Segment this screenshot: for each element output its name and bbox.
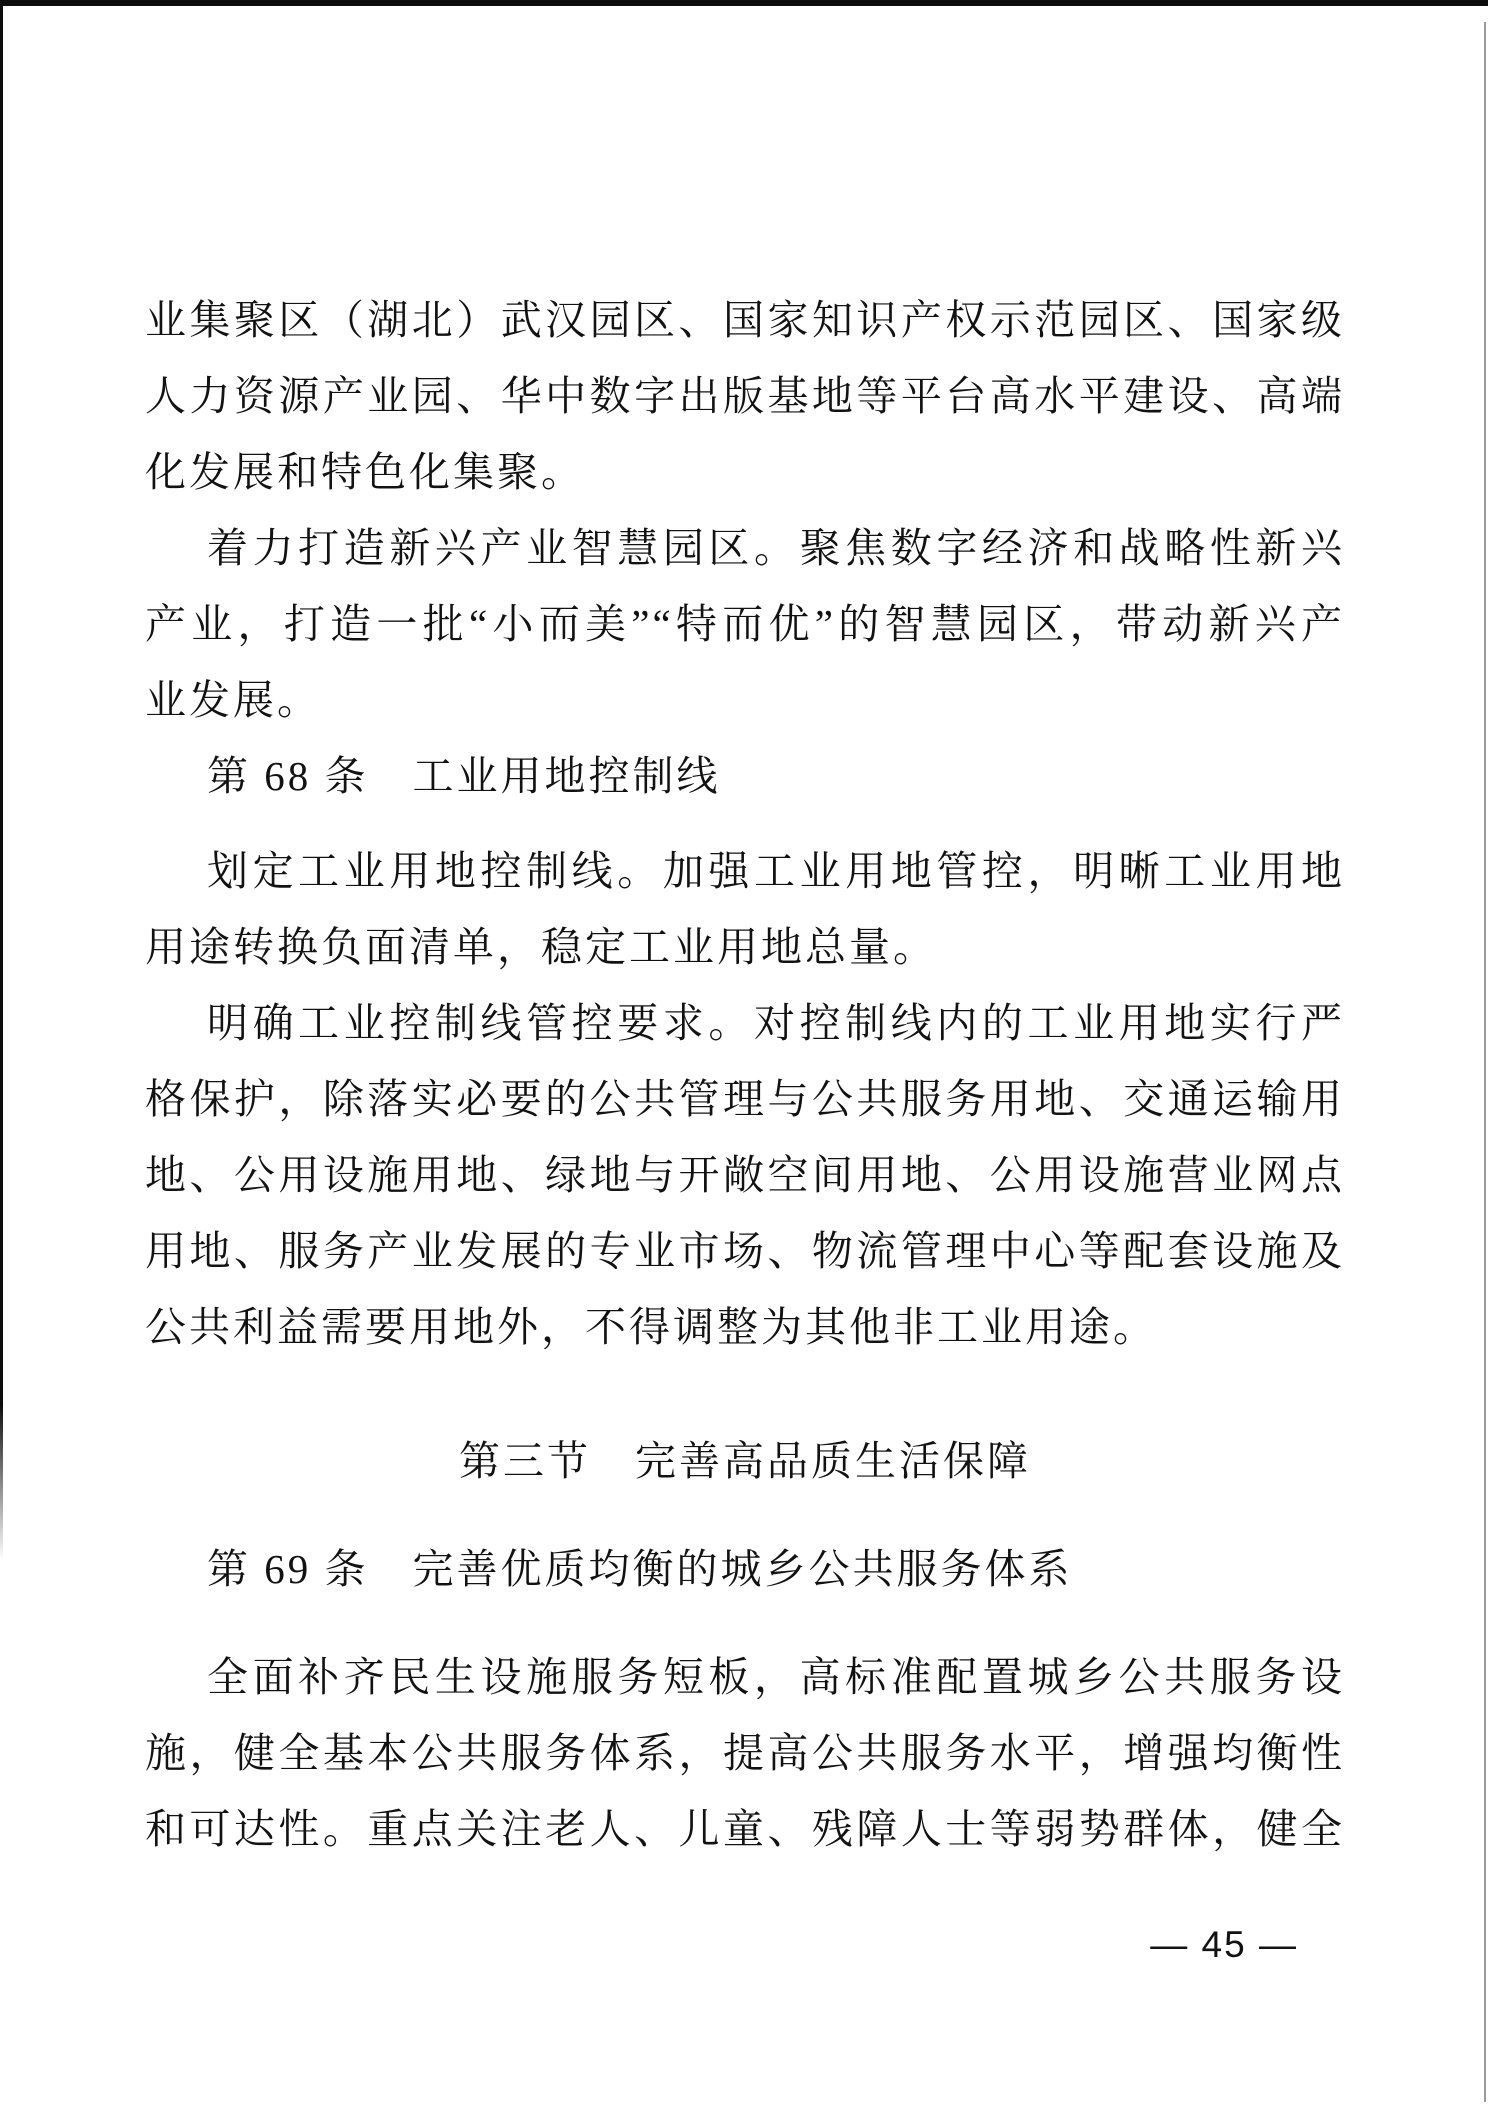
text-line: 业集聚区（湖北）武汉园区、国家知识产权示范园区、国家级	[145, 282, 1345, 358]
text-line: 用地、服务产业发展的专业市场、物流管理中心等配套设施及	[145, 1213, 1345, 1289]
document-page: 业集聚区（湖北）武汉园区、国家知识产权示范园区、国家级人力资源产业园、华中数字出…	[0, 0, 1488, 2104]
text-line: 用途转换负面清单，稳定工业用地总量。	[145, 909, 1345, 985]
text-line: 业发展。	[145, 662, 1345, 738]
text-line: 和可达性。重点关注老人、儿童、残障人士等弱势群体，健全	[145, 1791, 1345, 1867]
text-line: 公共利益需要用地外，不得调整为其他非工业用途。	[145, 1289, 1345, 1365]
text-line: 施，健全基本公共服务体系，提高公共服务水平，增强均衡性	[145, 1715, 1345, 1791]
scan-edge-right	[1484, 22, 1486, 2102]
text-line: 格保护，除落实必要的公共管理与公共服务用地、交通运输用	[145, 1061, 1345, 1137]
scan-edge-left	[0, 0, 3, 1560]
text-line: 全面补齐民生设施服务短板，高标准配置城乡公共服务设	[145, 1639, 1345, 1715]
page-number: — 45 —	[1150, 1922, 1298, 1968]
article-heading: 第 68 条 工业用地控制线	[145, 738, 1345, 814]
text-line: 明确工业控制线管控要求。对控制线内的工业用地实行严	[145, 985, 1345, 1061]
scan-edge-top	[0, 0, 1488, 6]
text-line: 着力打造新兴产业智慧园区。聚焦数字经济和战略性新兴	[145, 510, 1345, 586]
text-line: 地、公用设施用地、绿地与开敞空间用地、公用设施营业网点	[145, 1137, 1345, 1213]
document-content: 业集聚区（湖北）武汉园区、国家知识产权示范园区、国家级人力资源产业园、华中数字出…	[145, 282, 1345, 1867]
text-line: 划定工业用地控制线。加强工业用地管控，明晰工业用地	[145, 833, 1345, 909]
text-line: 化发展和特色化集聚。	[145, 434, 1345, 510]
section-heading: 第三节 完善高品质生活保障	[145, 1423, 1345, 1499]
text-line: 产业，打造一批“小而美”“特而优”的智慧园区，带动新兴产	[145, 586, 1345, 662]
article-heading-lg: 第 69 条 完善优质均衡的城乡公共服务体系	[145, 1531, 1345, 1607]
text-line: 人力资源产业园、华中数字出版基地等平台高水平建设、高端	[145, 358, 1345, 434]
